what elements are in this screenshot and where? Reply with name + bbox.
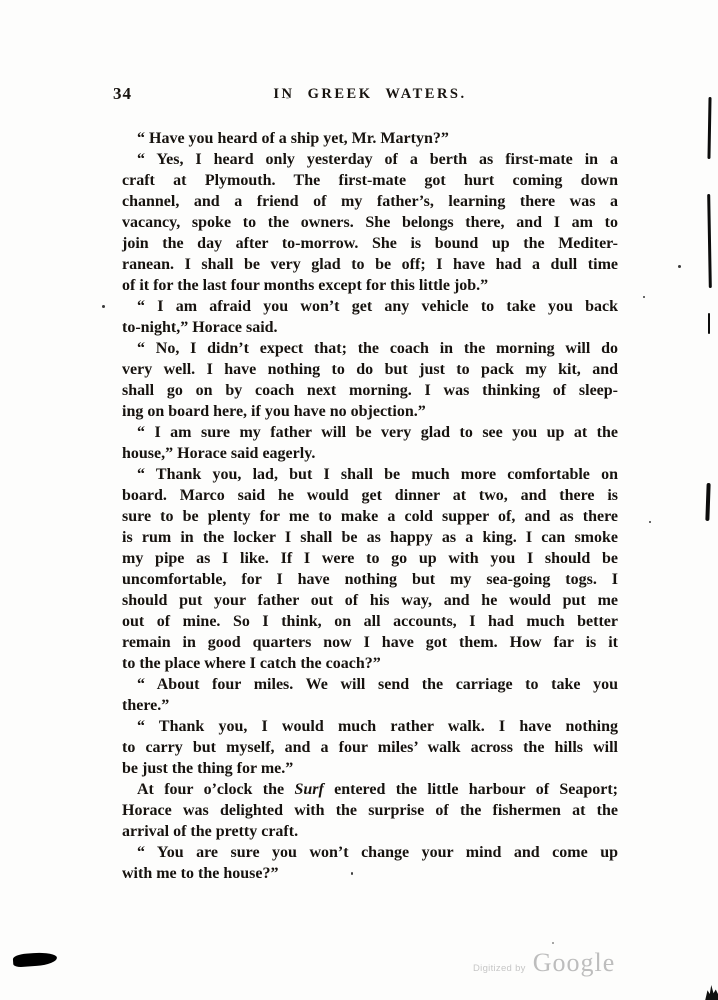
running-title: IN GREEK WATERS.: [122, 86, 618, 103]
scan-edge-line-icon: [708, 313, 710, 334]
watermark: Digitized by Google: [473, 948, 615, 978]
text-line: of it for the last four months except fo…: [122, 275, 618, 296]
paragraph: “ I am afraid you won’t get any vehicle …: [122, 296, 618, 338]
text-line: there.”: [122, 695, 618, 716]
paragraph: “ Thank you, I would much rather walk. I…: [122, 716, 618, 779]
text-line: “ You are sure you won’t change your min…: [122, 842, 618, 863]
text-line: vacancy, spoke to the owners. She belong…: [122, 212, 618, 233]
ink-speck: [678, 265, 681, 268]
text-line: At four o’clock the Surf entered the lit…: [122, 779, 618, 800]
text-line: “ Yes, I heard only yesterday of a berth…: [122, 149, 618, 170]
text-line: uncomfortable, for I have nothing but my…: [122, 569, 618, 590]
text-line: craft at Plymouth. The first-mate got hu…: [122, 170, 618, 191]
text-line: should put your father out of his way, a…: [122, 590, 618, 611]
watermark-prefix: Digitized by: [473, 963, 526, 974]
text-line: house,” Horace said eagerly.: [122, 443, 618, 464]
paragraph: “ Have you heard of a ship yet, Mr. Mart…: [122, 128, 618, 149]
paragraph: “ No, I didn’t expect that; the coach in…: [122, 338, 618, 422]
scan-edge-line-icon: [707, 194, 711, 288]
text-line: out of mine. So I think, on all accounts…: [122, 611, 618, 632]
text-line: “ No, I didn’t expect that; the coach in…: [122, 338, 618, 359]
text-line: “ I am afraid you won’t get any vehicle …: [122, 296, 618, 317]
paragraph: “ Yes, I heard only yesterday of a berth…: [122, 149, 618, 296]
text-line: ing on board here, if you have no object…: [122, 401, 618, 422]
book-page: 34 IN GREEK WATERS. “ Have you heard of …: [0, 0, 718, 1000]
text-line: channel, and a friend of my father’s, le…: [122, 191, 618, 212]
ink-speck: [102, 305, 105, 308]
text-line: to the place where I catch the coach?”: [122, 653, 618, 674]
ink-speck: [286, 97, 289, 99]
text-line: sure to be plenty for me to make a cold …: [122, 506, 618, 527]
ink-speck: [552, 942, 554, 944]
text-line: join the day after to-morrow. She is bou…: [122, 233, 618, 254]
paragraph: “ You are sure you won’t change your min…: [122, 842, 618, 884]
ink-speck: [649, 521, 651, 523]
text-line: “ Have you heard of a ship yet, Mr. Mart…: [122, 128, 618, 149]
text-line: ranean. I shall be very glad to be off; …: [122, 254, 618, 275]
corner-ink-mark: [703, 985, 718, 1000]
text-line: to carry but myself, and a four miles’ w…: [122, 737, 618, 758]
text-line: “ About four miles. We will send the car…: [122, 674, 618, 695]
ink-smudge: [13, 951, 58, 967]
text-line: “ Thank you, lad, but I shall be much mo…: [122, 464, 618, 485]
paragraph: “ About four miles. We will send the car…: [122, 674, 618, 716]
paragraph: At four o’clock the Surf entered the lit…: [122, 779, 618, 842]
text-line: board. Marco said he would get dinner at…: [122, 485, 618, 506]
text-line: remain in good quarters now I have got t…: [122, 632, 618, 653]
text-line: my pipe as I like. If I were to go up wi…: [122, 548, 618, 569]
paragraph: “ I am sure my father will be very glad …: [122, 422, 618, 464]
text-line: “ Thank you, I would much rather walk. I…: [122, 716, 618, 737]
ink-speck: [351, 872, 353, 875]
text-block: “ Have you heard of a ship yet, Mr. Mart…: [122, 128, 618, 884]
text-line: arrival of the pretty craft.: [122, 821, 618, 842]
text-line: be just the thing for me.”: [122, 758, 618, 779]
scan-edge-line-icon: [705, 483, 710, 521]
text-line: Horace was delighted with the surprise o…: [122, 800, 618, 821]
text-line: very well. I have nothing to do but just…: [122, 359, 618, 380]
text-line: to-night,” Horace said.: [122, 317, 618, 338]
text-line: “ I am sure my father will be very glad …: [122, 422, 618, 443]
text-line: shall go on by coach next morning. I was…: [122, 380, 618, 401]
text-line: with me to the house?”: [122, 863, 618, 884]
text-line: is rum in the locker I shall be as happy…: [122, 527, 618, 548]
ink-speck: [643, 296, 645, 298]
scan-edge-line-icon: [707, 97, 711, 159]
google-logo: Google: [533, 948, 616, 978]
paragraph: “ Thank you, lad, but I shall be much mo…: [122, 464, 618, 674]
